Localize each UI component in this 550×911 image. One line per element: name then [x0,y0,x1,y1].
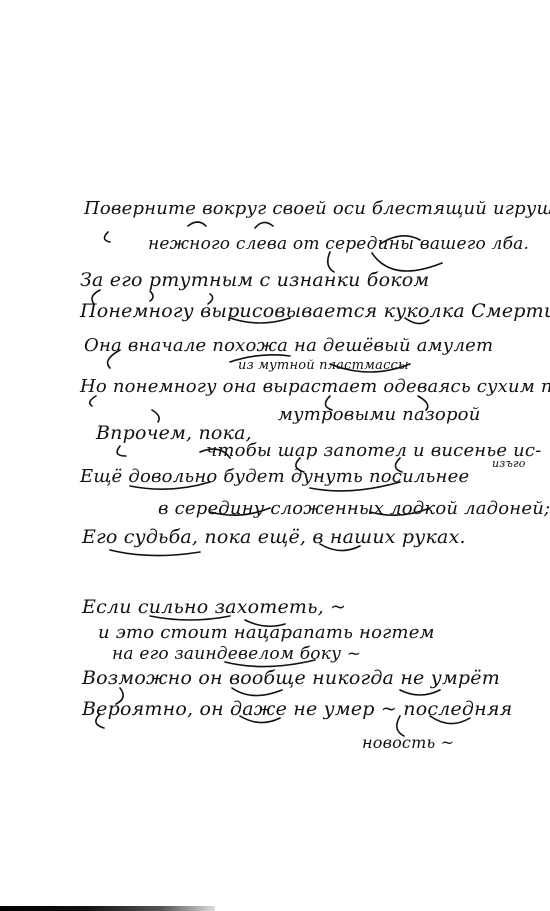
poem-line: Его судьба, пока ещё, в наших руках. [82,528,466,547]
poem-line: новость ~ [362,735,454,751]
poem-line: Она вначале похожа на дешёвый амулет [84,337,493,355]
poem-line: на его заиндевелом боку ~ [112,646,361,663]
poem-line: Вероятно, он даже не умер ~ последняя [82,700,512,719]
poem-line: Понемногу вырисовывается куколка Смерти … [80,302,550,321]
poem-line: из мутной пластмассы [238,359,409,372]
poem-line: изъго [492,458,526,469]
poem-line: и это стоит нацарапать ногтем [98,624,435,642]
poem-line: в середину сложенных лодкой ладоней; [158,500,550,518]
poem-line: Возможно он вообще никогда не умрёт [82,669,500,688]
scanned-page: Поверните вокруг своей оси блестящий игр… [0,0,550,911]
poem-line: За его ртутным с изнанки боком [80,271,429,290]
poem-line: мутровыми пазорой [278,406,481,424]
poem-line: Поверните вокруг своей оси блестящий игр… [84,200,550,218]
poem-line: нежного слева от середины вашего лба. [148,236,529,253]
poem-line: Ещё довольно будет дунуть посильнее [80,468,469,486]
poem-line: Но понемногу она вырастает одеваясь сухи… [80,378,550,396]
poem-line: Если сильно захотеть, ~ [82,598,346,617]
scan-edge-shadow [0,906,215,911]
